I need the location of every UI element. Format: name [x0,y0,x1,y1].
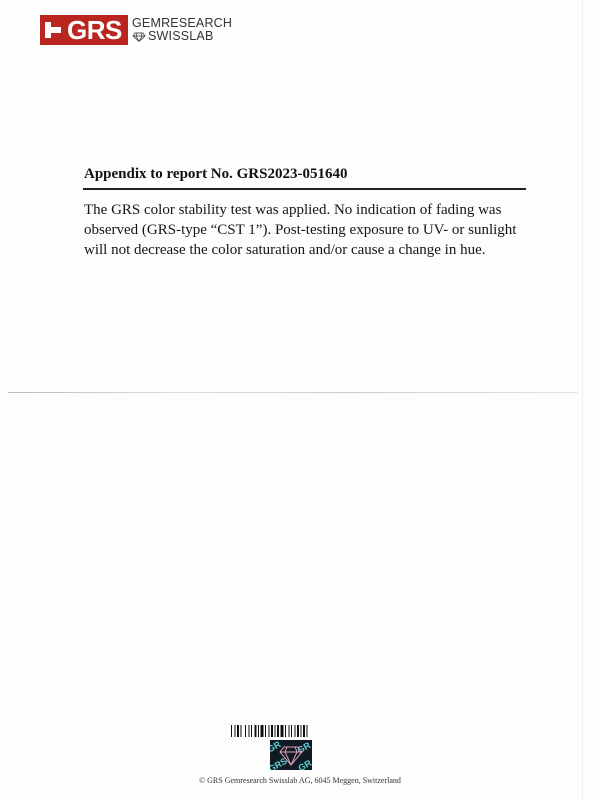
swiss-cross-icon [43,20,63,40]
logo-mark: GRS [67,16,122,44]
fold-line [8,392,578,393]
svg-text:GRS: GRS [270,756,289,770]
barcode-icon [231,725,353,737]
logo-wordmark: GEMRESEARCH SWISSLAB [132,17,232,43]
page-edge [582,0,583,800]
svg-text:GR: GR [297,758,312,770]
heading-divider [83,188,526,190]
appendix-body: The GRS color stability test was applied… [84,200,534,260]
appendix-heading: Appendix to report No. GRS2023-051640 [84,166,347,183]
hologram-diamond-icon: GR GR GRS GR [270,740,312,770]
diamond-icon [132,32,146,42]
footer-copyright: © GRS Gemresearch Swisslab AG, 6045 Megg… [0,776,600,785]
grs-logo: GRS GEMRESEARCH SWISSLAB [40,14,232,46]
logo-line-2: SWISSLAB [148,30,214,43]
logo-red-block: GRS [40,15,128,45]
